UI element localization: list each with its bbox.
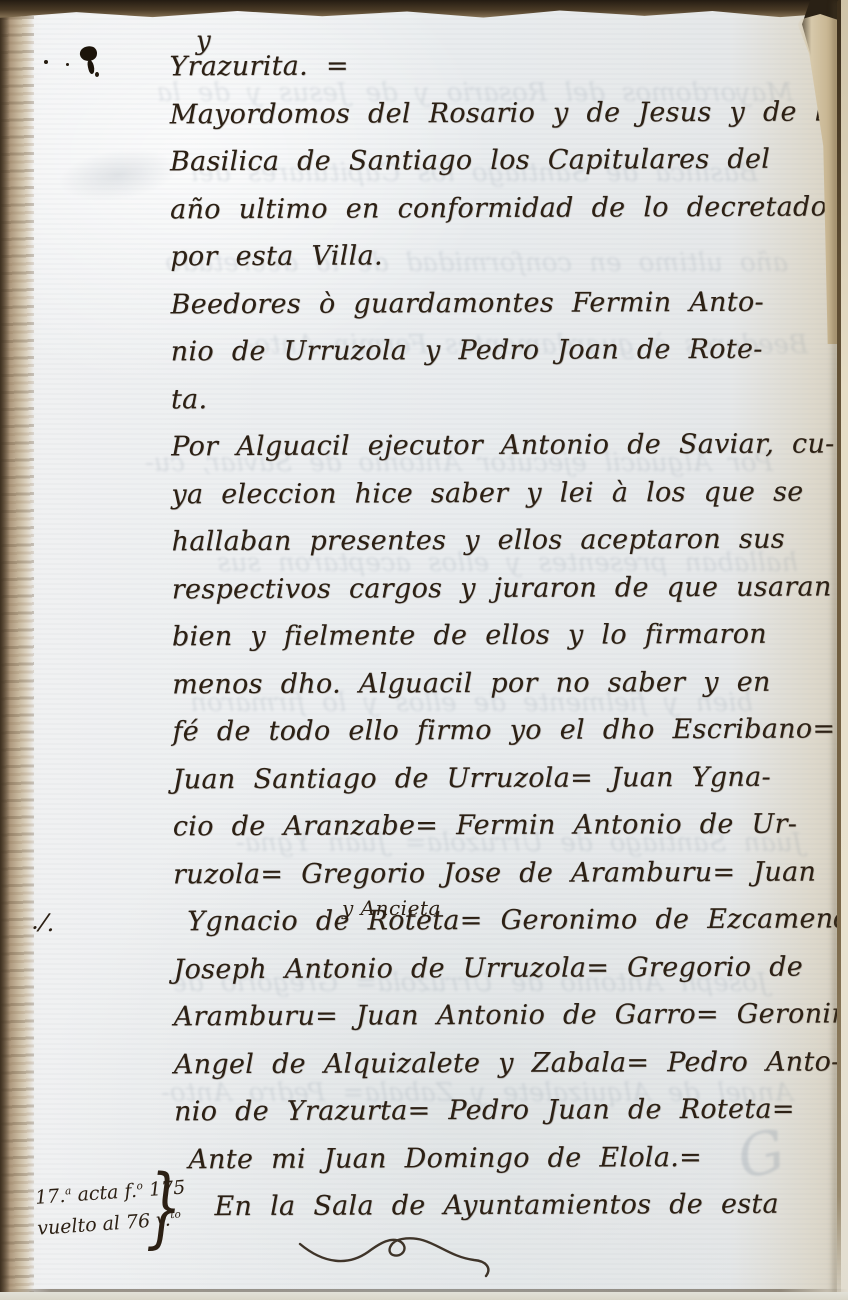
- text-line-2: Mayordomos del Rosario y de Jesus y de l…: [170, 88, 790, 138]
- text-line-15: fé de todo ello firmo yo el dho Escriban…: [172, 706, 792, 756]
- ink-speck: [95, 72, 99, 77]
- text-line-17: cio de Aranzabe= Fermin Antonio de Ur-: [173, 801, 793, 851]
- text-line-22: Angel de Alquizalete y Zabala= Pedro Ant…: [174, 1038, 794, 1088]
- text-line-13: bien y fielmente de ellos y lo firmaron: [172, 611, 792, 661]
- manuscript-photo: Mayordomos del Rosario y de Jesus y de l…: [0, 0, 848, 1300]
- text-line-25: En la Sala de Ayuntamientos de esta: [214, 1181, 794, 1231]
- text-line-8: ta.: [171, 373, 791, 423]
- text-line-16: Juan Santiago de Urruzola= Juan Ygna-: [173, 753, 793, 803]
- page-edge-left-shadow: [0, 0, 10, 1300]
- text-line-24: Ante mi Juan Domingo de Elola.=: [188, 1133, 794, 1183]
- text-line-11: hallaban presentes y ellos aceptaron sus: [171, 516, 791, 566]
- text-line-14: menos dho. Alguacil por no saber y en: [172, 658, 792, 708]
- text-line-10: ya eleccion hice saber y lei à los que s…: [171, 468, 791, 518]
- text-line-3: Basilica de Santiago los Capitulares del: [170, 136, 790, 186]
- page-edge-bottom: [0, 1292, 848, 1300]
- text-line-6: Beedores ò guardamontes Fermin Anto-: [170, 278, 790, 328]
- facing-page-sliver: [841, 0, 848, 1300]
- text-line-23: nio de Yrazurta= Pedro Juan de Roteta=: [174, 1086, 794, 1136]
- text-line-7: nio de Urruzola y Pedro Joan de Rote-: [171, 326, 791, 376]
- text-line-19: Ygnacio de Roteta= Geronimo de Ezcamendi…: [187, 896, 793, 946]
- ink-speck: [44, 60, 48, 64]
- text-line-12: respectivos cargos y juraron de que usar…: [172, 563, 792, 613]
- text-line-1: Yrazurita. =: [169, 41, 789, 91]
- manuscript-text-block: Yrazurita. = Mayordomos del Rosario y de…: [169, 41, 794, 1231]
- text-line-18: ruzola= Gregorio Jose de Aramburu= Juan: [173, 848, 793, 898]
- margin-caret-mark: ./.: [30, 907, 57, 938]
- text-line-9: Por Alguacil ejecutor Antonio de Saviar,…: [171, 421, 791, 471]
- end-flourish-icon: [296, 1228, 496, 1280]
- text-line-21: Aramburu= Juan Antonio de Garro= Geronim…: [174, 991, 794, 1041]
- text-line-5: por esta Villa.: [170, 231, 790, 281]
- text-line-20: Joseph Antonio de Urruzola= Gregorio de: [173, 943, 793, 993]
- ink-speck: [66, 63, 69, 66]
- text-line-4: año ultimo en conformidad de lo decretad…: [170, 183, 790, 233]
- interline-insertion: y Ancieta: [342, 896, 441, 920]
- margin-brace: }: [146, 1158, 182, 1259]
